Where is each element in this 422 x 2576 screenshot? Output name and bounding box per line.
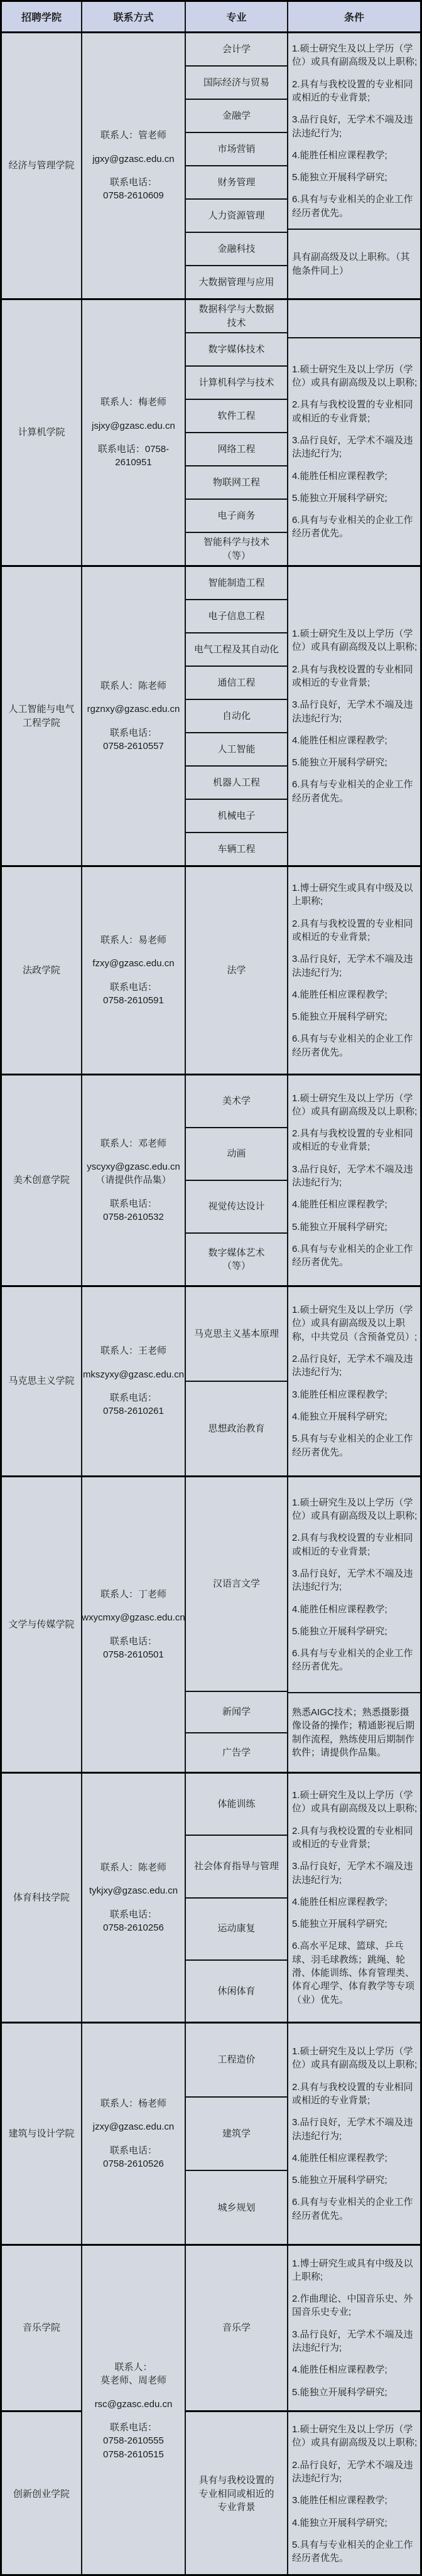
contact-paragraph: jzxy@gzasc.edu.cn [93,2120,174,2133]
text-line: 建筑学 [222,2127,251,2140]
condition-item: 1.硕士研究生及以上学历（学位）或具有副高级及以上职称; [292,2423,418,2450]
conditions-cell: 1.博士研究生或具有中级及以上职称;2.作曲理论、中国音乐史、外国音乐史专业;3… [288,2246,420,2412]
text-line: jgxy@gzasc.edu.cn [92,153,174,166]
major-cell: 马克思主义基本原理 [186,1287,287,1382]
text-line: jzxy@gzasc.edu.cn [93,2120,174,2133]
conditions-cell: 1.硕士研究生及以上学历（学位）或具有副高级及以上职称，中共党员（含预备党员）;… [288,1287,420,1475]
table-row-group: 建筑与设计学院联系人：杨老师jzxy@gzasc.edu.cn联系电话：0758… [2,2024,420,2246]
major-cell: 数据科学与大数据技术 [186,300,287,333]
contact-paragraph: 联系电话：0758-2610591 [103,981,164,1008]
college-column: 经济与管理学院 [2,33,82,298]
major-cell: 动画 [186,1128,287,1181]
text-line: 金融科技 [217,242,255,256]
table-row-group: 美术创意学院联系人：邓老师yscyxy@gzasc.edu.cn（请提供作品集）… [2,1075,420,1287]
text-line: 休闲体育 [217,1985,255,1998]
table-header-row: 招聘学院 联系方式 专业 条件 [2,2,420,33]
text-line: fzxy@gzasc.edu.cn [92,957,174,970]
text-line: 人力资源管理 [208,209,264,222]
text-line: 体能训练 [217,1797,255,1811]
text-line: 社会体育指导与管理 [194,1860,279,1873]
major-column: 体能训练社会体育指导与管理运动康复休闲体育 [186,1774,288,2022]
major-cell: 工程造价 [186,2024,287,2098]
text-line: 0758-2610609 [103,189,164,202]
table-row-group: 经济与管理学院联系人：管老师jgxy@gzasc.edu.cn联系电话：0758… [2,33,420,300]
major-cell: 金融学 [186,100,287,133]
major-column: 智能制造工程电子信息工程电气工程及其自动化通信工程自动化人工智能机器人工程机械电… [186,567,288,865]
contact-paragraph: 联系电话：0758-2610256 [103,1908,164,1935]
college-column: 法政学院 [2,867,82,1074]
contact-cell: 联系人：陈老师tykjxy@gzasc.edu.cn联系电话：0758-2610… [82,1774,185,2022]
college-cell: 音乐学院 [2,2246,81,2412]
college-cell: 人工智能与电气工程学院 [2,567,81,865]
contact-cell: 联系人：陈老师rgznxy@gzasc.edu.cn联系电话：0758-2610… [82,567,185,865]
condition-item: 5.能独立开展科学研究; [292,1917,418,1931]
conditions-column: 1.硕士研究生及以上学历（学位）或具有副高级及以上职称;2.具有与我校设置的专业… [288,1774,420,2022]
conditions-cell: 1.硕士研究生及以上学历（学位）或具有副高级及以上职称;2.具有与我校设置的专业… [288,1477,420,1693]
condition-item: 6.具有与专业相关的企业工作经历者优先。 [292,193,418,220]
condition-item: 1.硕士研究生及以上学历（学位）或具有副高级及以上职称; [292,1496,418,1523]
condition-item: 2.品行良好，无学术不端及违法违纪行为; [292,1352,418,1379]
text-line: 文学与传媒学院 [8,1618,74,1631]
condition-item: 6.具有与专业相关的企业工作经历者优先。 [292,778,418,805]
major-cell: 通信工程 [186,667,287,700]
conditions-cell: 熟悉AIGC技术；熟悉摄影摄像设备的操作；精通影视后期制作流程，熟练使用后期制作… [288,1693,420,1772]
text-line: mkszyxy@gzasc.edu.cn [83,1368,184,1381]
condition-item: 4.能胜任相应课程教学; [292,988,418,1001]
text-line: 联系电话： [103,1197,164,1210]
college-column: 计算机学院 [2,300,82,565]
text-line: （等） [222,1259,251,1273]
condition-item: 3.品行良好，无学术不端及违法违纪行为; [292,434,418,461]
college-column: 文学与传媒学院 [2,1477,82,1772]
contact-column: 联系人：丁老师wxycmxy@gzasc.edu.cn联系电话：0758-261… [82,1477,186,1772]
major-cell: 电气工程及其自动化 [186,633,287,667]
major-cell: 休闲体育 [186,1961,287,2022]
major-cell: 电子信息工程 [186,600,287,633]
conditions-cell: 1.硕士研究生及以上学历（学位）或具有副高级及以上职称;2.具有与我校设置的专业… [288,1774,420,2022]
contact-paragraph: 联系人：陈老师 [100,1861,166,1874]
condition-item: 5.能独立开展科学研究; [292,2174,418,2187]
conditions-cell: 1.硕士研究生及以上学历（学位）或具有副高级及以上职称;2.具有与我校设置的专业… [288,338,420,566]
condition-item: 3.品行良好，无学术不端及违法违纪行为; [292,113,418,140]
text-line: 机械电子 [217,809,255,822]
condition-item: 5.能独立开展科学研究; [292,756,418,769]
conditions-cell: 1.硕士研究生及以上学历（学位）或具有副高级及以上职称;2.具有与我校设置的专业… [288,33,420,230]
college-column: 建筑与设计学院 [2,2024,82,2244]
contact-paragraph: rgznxy@gzasc.edu.cn [87,703,180,716]
conditions-column: 1.博士研究生或具有中级及以上职称;2.具有与我校设置的专业相同或相近的专业背景… [288,867,420,1074]
major-cell: 金融科技 [186,233,287,266]
contact-column: 联系人：王老师mkszyxy@gzasc.edu.cn联系电话：0758-261… [82,1287,186,1475]
text-line: 2610951 [98,456,169,469]
major-column: 马克思主义基本原理思想政治教育 [186,1287,288,1475]
major-cell: 会计学 [186,33,287,67]
major-cell: 新闻学 [186,1692,287,1733]
contact-cell: 联系人：易老师fzxy@gzasc.edu.cn联系电话：0758-261059… [82,867,185,1074]
conditions-column: 1.博士研究生或具有中级及以上职称;2.作曲理论、中国音乐史、外国音乐史专业;3… [288,2246,420,2576]
text-line: 智能科学与技术 [203,536,269,549]
contact-column: 联系人：梅老师jsjxy@gzasc.edu.cn联系电话：0758-26109… [82,300,186,565]
contact-paragraph: wxycmxy@gzasc.edu.cn [82,1611,185,1624]
text-line: 国际经济与贸易 [203,76,269,89]
condition-item: 1.硕士研究生及以上学历（学位）或具有副高级及以上职称; [292,2045,418,2072]
table-body: 经济与管理学院联系人：管老师jgxy@gzasc.edu.cn联系电话：0758… [2,33,420,2576]
contact-paragraph: 联系电话：0758-2610532 [103,1197,164,1224]
condition-item: 3.品行良好，无学术不端及违法违纪行为; [292,1567,418,1594]
contact-cell: 联系人：邓老师yscyxy@gzasc.edu.cn（请提供作品集）联系电话：0… [82,1075,185,1285]
text-line: 联系人：丁老师 [100,1588,166,1601]
condition-item: 6.具有与专业相关的企业工作经历者优先。 [292,1242,418,1269]
condition-item: 2.具有与我校设置的专业相同或相近的专业背景; [292,1531,418,1558]
text-line: 自动化 [222,709,251,723]
major-column: 音乐学具有与我校设置的专业相同或相近的专业背景 [186,2246,288,2576]
contact-paragraph: 联系电话：0758-2610951 [98,443,169,470]
condition-item: 4.能胜任相应课程教学; [292,2152,418,2165]
contact-paragraph: mkszyxy@gzasc.edu.cn [83,1368,184,1381]
text-line: 物联网工程 [213,476,260,489]
text-line: 马克思主义基本原理 [194,1327,279,1340]
college-cell: 法政学院 [2,867,81,1074]
contact-cell: 联系人：管老师jgxy@gzasc.edu.cn联系电话：0758-261060… [82,33,185,298]
table-row-group: 法政学院联系人：易老师fzxy@gzasc.edu.cn联系电话：0758-26… [2,867,420,1075]
condition-item: 6.具有与专业相关的企业工作经历者优先。 [292,1032,418,1059]
college-cell: 体育科技学院 [2,1774,81,2022]
text-line: 会计学 [222,43,251,56]
text-line: 机器人工程 [213,776,260,789]
text-line: 数字媒体技术 [208,343,264,356]
text-line: 工程造价 [217,2053,255,2066]
major-column: 工程造价建筑学城乡规划 [186,2024,288,2244]
text-line: 联系人：王老师 [100,1344,166,1357]
contact-paragraph: tykjxy@gzasc.edu.cn [89,1884,178,1897]
text-line: 联系人： [100,2361,166,2374]
condition-item: 4.能独立开展科学研究; [292,1410,418,1423]
text-line: 联系人：梅老师 [100,396,166,409]
text-line: 汉语言文学 [213,1577,260,1590]
major-cell: 电子商务 [186,500,287,533]
text-line: 联系电话： [103,176,164,189]
text-line: 0758-2610256 [103,1921,164,1934]
contact-cell: 联系人：梅老师jsjxy@gzasc.edu.cn联系电话：0758-26109… [82,300,185,565]
major-cell: 运动康复 [186,1899,287,1961]
text-line: 财务管理 [217,176,255,189]
text-line: 电子信息工程 [208,610,264,623]
major-cell: 城乡规划 [186,2171,287,2244]
text-line: 0758-2610261 [103,1404,164,1418]
major-cell: 市场营销 [186,133,287,166]
condition-item: 6.高水平足球、篮球、乒乓球、羽毛球教练；跳绳、轮滑、体能训练、体育管理类、体育… [292,1939,418,2006]
major-cell: 汉语言文学 [186,1477,287,1692]
major-cell: 法学 [186,867,287,1074]
text-line: 联系电话： [103,1391,164,1404]
condition-item: 2.作曲理论、中国音乐史、外国音乐史专业; [292,2292,418,2319]
major-cell: 美术学 [186,1075,287,1128]
major-column: 汉语言文学新闻学广告学 [186,1477,288,1772]
text-line: 0758-2610501 [103,1648,164,1661]
text-line: 大数据管理与应用 [198,276,274,289]
text-line: 联系电话： [103,1635,164,1648]
condition-item: 3.能胜任相应课程教学; [292,1388,418,1401]
contact-column: 联系人：邓老师yscyxy@gzasc.edu.cn（请提供作品集）联系电话：0… [82,1075,186,1285]
text-line: 法学 [227,964,246,977]
conditions-cell: 1.硕士研究生及以上学历（学位）或具有副高级及以上职称;2.具有与我校设置的专业… [288,567,420,865]
contact-paragraph: jgxy@gzasc.edu.cn [92,153,174,166]
contact-paragraph: 联系人：莫老师、周老师 [100,2361,166,2388]
conditions-column: 1.硕士研究生及以上学历（学位）或具有副高级及以上职称;2.具有与我校设置的专业… [288,1075,420,1285]
text-line: 专业背景 [217,2501,255,2514]
text-line: 新闻学 [222,1705,251,1718]
condition-item: 1.硕士研究生及以上学历（学位）或具有副高级及以上职称; [292,1789,418,1816]
text-line: 联系电话： [103,2144,164,2157]
condition-item: 4.能胜任相应课程教学; [292,2363,418,2376]
text-line: 车辆工程 [217,843,255,856]
major-cell: 人工智能 [186,733,287,767]
table-row-group: 音乐学院创新创业学院联系人：莫老师、周老师rsc@gzasc.edu.cn联系电… [2,2246,420,2576]
major-cell: 机器人工程 [186,767,287,800]
text-line: 0758-2610515 [103,2448,164,2461]
table-row-group: 计算机学院联系人：梅老师jsjxy@gzasc.edu.cn联系电话：0758-… [2,300,420,567]
text-line: 音乐学 [222,2321,251,2334]
major-cell: 物联网工程 [186,466,287,500]
contact-paragraph: 联系电话：0758-2610609 [103,176,164,203]
condition-item: 1.硕士研究生及以上学历（学位）或具有副高级及以上职称; [292,627,418,654]
text-line: 金融学 [222,109,251,122]
college-column: 美术创意学院 [2,1075,82,1285]
major-cell: 人力资源管理 [186,200,287,233]
college-column: 音乐学院创新创业学院 [2,2246,82,2576]
text-line: （等） [222,549,251,563]
contact-cell: 联系人：王老师mkszyxy@gzasc.edu.cn联系电话：0758-261… [82,1287,185,1475]
condition-item: 4.能独立开展科学研究; [292,2516,418,2530]
condition-item: 3.品行良好，无学术不端及违法违纪行为; [292,952,418,979]
major-cell: 思想政治教育 [186,1382,287,1475]
college-column: 人工智能与电气工程学院 [2,567,82,865]
conditions-column: 1.硕士研究生及以上学历（学位）或具有副高级及以上职称;2.具有与我校设置的专业… [288,2024,420,2244]
contact-paragraph: yscyxy@gzasc.edu.cn（请提供作品集） [87,1160,180,1187]
header-cell-contact: 联系方式 [82,2,186,31]
major-column: 数据科学与大数据技术数字媒体技术计算机科学与技术软件工程网络工程物联网工程电子商… [186,300,288,565]
condition-item: 2.具有与我校设置的专业相同或相近的专业背景; [292,2081,418,2108]
table-row-group: 体育科技学院联系人：陈老师tykjxy@gzasc.edu.cn联系电话：075… [2,1774,420,2024]
condition-item: 1.硕士研究生及以上学历（学位）或具有副高级及以上职称; [292,363,418,390]
text-line: 联系电话：0758- [98,443,169,456]
text-line: 创新创业学院 [13,2487,70,2501]
conditions-column: 1.硕士研究生及以上学历（学位）或具有副高级及以上职称;2.具有与我校设置的专业… [288,300,420,565]
contact-paragraph: 联系人：梅老师 [100,396,166,409]
text-line: 体育科技学院 [13,1891,70,1904]
major-cell: 具有与我校设置的专业相同或相近的专业背景 [186,2412,287,2576]
text-line: 运动康复 [217,1922,255,1935]
condition-item: 1.硕士研究生及以上学历（学位）或具有副高级及以上职称; [292,1092,418,1119]
text-line: 具有与我校设置的 [198,2474,274,2487]
condition-item: 5.能独立开展科学研究; [292,492,418,505]
college-cell: 马克思主义学院 [2,1287,81,1475]
text-line: yscyxy@gzasc.edu.cn [87,1160,180,1173]
major-cell: 社会体育指导与管理 [186,1836,287,1898]
conditions-cell: 1.硕士研究生及以上学历（学位）或具有副高级及以上职称;2.具有与我校设置的专业… [288,2024,420,2244]
text-line: 建筑与设计学院 [8,2127,74,2140]
text-line: 城乡规划 [217,2201,255,2214]
condition-item: 2.具有与我校设置的专业相同或相近的专业背景; [292,1824,418,1851]
text-line: 美术创意学院 [13,1173,70,1187]
contact-column: 联系人：管老师jgxy@gzasc.edu.cn联系电话：0758-261060… [82,33,186,298]
contact-paragraph: 联系人：杨老师 [100,2097,166,2110]
text-line: 网络工程 [217,443,255,456]
contact-paragraph: 联系电话：0758-26105550758-2610515 [103,2421,164,2461]
text-line: 思想政治教育 [208,1422,264,1435]
college-cell: 建筑与设计学院 [2,2024,81,2244]
conditions-cell: 1.硕士研究生及以上学历（学位）或具有副高级及以上职称;2.品行良好，无学术不端… [288,2412,420,2576]
contact-column: 联系人：陈老师rgznxy@gzasc.edu.cn联系电话：0758-2610… [82,567,186,865]
condition-item: 2.具有与我校设置的专业相同或相近的专业背景; [292,663,418,690]
conditions-column: 1.硕士研究生及以上学历（学位）或具有副高级及以上职称;2.具有与我校设置的专业… [288,1477,420,1772]
contact-paragraph: 联系人：易老师 [100,934,166,947]
text-line: 数字媒体艺术 [208,1246,264,1259]
text-line: 电气工程及其自动化 [194,643,279,656]
major-cell: 数字媒体技术 [186,333,287,367]
condition-item: 3.品行良好，无学术不端及违法违纪行为; [292,1860,418,1887]
contact-cell: 联系人：杨老师jzxy@gzasc.edu.cn联系电话：0758-261052… [82,2024,185,2244]
condition-item: 5.具有与专业相关的企业工作经历者优先。 [292,2538,418,2565]
major-cell: 财务管理 [186,166,287,200]
condition-item: 2.具有与我校设置的专业相同或相近的专业背景; [292,1127,418,1154]
contact-paragraph: fzxy@gzasc.edu.cn [92,957,174,970]
contact-paragraph: 联系电话：0758-2610526 [103,2144,164,2171]
text-line: （请提供作品集） [87,1173,180,1187]
condition-item: 4.能胜任相应课程教学; [292,1198,418,1211]
condition-item: 2.品行良好，无学术不端及违法违纪行为; [292,2459,418,2486]
text-line: jsjxy@gzasc.edu.cn [92,419,175,433]
contact-cell: 联系人：丁老师wxycmxy@gzasc.edu.cn联系电话：0758-261… [82,1477,185,1772]
table-row-group: 文学与传媒学院联系人：丁老师wxycmxy@gzasc.edu.cn联系电话：0… [2,1477,420,1774]
conditions-cell: 1.博士研究生或具有中级及以上职称;2.具有与我校设置的专业相同或相近的专业背景… [288,867,420,1074]
text-line: 经济与管理学院 [8,159,74,172]
text-line: 马克思主义学院 [8,1374,74,1388]
major-cell: 视觉传达设计 [186,1181,287,1234]
text-line: 电子商务 [217,509,255,522]
conditions-column: 1.硕士研究生及以上学历（学位）或具有副高级及以上职称，中共党员（含预备党员）;… [288,1287,420,1475]
condition-item: 5.能独立开展科学研究; [292,1625,418,1638]
contact-paragraph: 联系人：陈老师 [100,679,166,693]
text-line: 莫老师、周老师 [100,2374,166,2387]
text-line: 人工智能 [217,743,255,756]
table-row-group: 人工智能与电气工程学院联系人：陈老师rgznxy@gzasc.edu.cn联系电… [2,567,420,867]
text-line: 软件工程 [217,409,255,423]
college-cell: 创新创业学院 [2,2412,81,2576]
major-column: 美术学动画视觉传达设计数字媒体艺术（等） [186,1075,288,1285]
conditions-cell [288,300,420,338]
condition-item: 1.硕士研究生及以上学历（学位）或具有副高级及以上职称; [292,42,418,69]
table-row-group: 马克思主义学院联系人：王老师mkszyxy@gzasc.edu.cn联系电话：0… [2,1287,420,1477]
condition-item: 4.能胜任相应课程教学; [292,1895,418,1909]
contact-paragraph: jsjxy@gzasc.edu.cn [92,419,175,433]
major-cell: 网络工程 [186,433,287,466]
text-line: 联系电话： [103,981,164,994]
condition-item: 5.能独立开展科学研究; [292,1010,418,1023]
condition-item: 2.具有与我校设置的专业相同或相近的专业背景; [292,917,418,944]
condition-item: 具有副高级及以上职称。（其他条件同上） [292,251,418,278]
text-line: 联系电话： [103,1908,164,1921]
condition-item: 3.品行良好，无学术不端及违法违纪行为; [292,2116,418,2143]
text-line: 音乐学院 [23,2321,60,2334]
text-line: 联系电话： [103,726,164,740]
text-line: 0758-2610557 [103,740,164,753]
header-cell-conditions: 条件 [288,2,420,31]
contact-paragraph: rsc@gzasc.edu.cn [95,2398,173,2411]
college-column: 体育科技学院 [2,1774,82,2022]
college-cell: 经济与管理学院 [2,33,81,298]
major-cell: 软件工程 [186,400,287,433]
text-line: 联系电话： [103,2421,164,2434]
major-cell: 国际经济与贸易 [186,67,287,100]
text-line: 0758-2610591 [103,994,164,1007]
condition-item: 4.能胜任相应课程教学; [292,470,418,483]
text-line: 市场营销 [217,143,255,156]
condition-item: 6.具有与专业相关的企业工作经历者优先。 [292,1647,418,1674]
major-cell: 自动化 [186,700,287,733]
header-cell-college: 招聘学院 [2,2,82,31]
contact-column: 联系人：陈老师tykjxy@gzasc.edu.cn联系电话：0758-2610… [82,1774,186,2022]
condition-item: 5.能独立开展科学研究; [292,2386,418,2399]
condition-item: 1.硕士研究生及以上学历（学位）或具有副高级及以上职称，中共党员（含预备党员）; [292,1303,418,1344]
conditions-column: 1.硕士研究生及以上学历（学位）或具有副高级及以上职称;2.具有与我校设置的专业… [288,33,420,298]
text-line: 人工智能与电气 [8,703,74,716]
contact-paragraph: 联系电话：0758-2610261 [103,1391,164,1418]
major-cell: 智能制造工程 [186,567,287,600]
text-line: 联系人：陈老师 [100,1861,166,1874]
condition-item: 6.具有与专业相关的企业工作经历者优先。 [292,514,418,541]
major-cell: 音乐学 [186,2246,287,2412]
contact-paragraph: 联系人：丁老师 [100,1588,166,1601]
text-line: 智能制造工程 [208,576,264,590]
conditions-cell: 1.硕士研究生及以上学历（学位）或具有副高级及以上职称;2.具有与我校设置的专业… [288,1075,420,1285]
conditions-column: 1.硕士研究生及以上学历（学位）或具有副高级及以上职称;2.具有与我校设置的专业… [288,567,420,865]
contact-paragraph: 联系电话：0758-2610557 [103,726,164,753]
text-line: 动画 [227,1147,246,1160]
condition-item: 1.博士研究生或具有中级及以上职称; [292,881,418,908]
condition-item: 5.能独立开展科学研究; [292,171,418,184]
text-line: 工程学院 [23,716,60,730]
text-line: 视觉传达设计 [208,1200,264,1213]
text-line: 数据科学与大数据 [198,303,274,316]
condition-item: 熟悉AIGC技术；熟悉摄影摄像设备的操作；精通影视后期制作流程，熟练使用后期制作… [292,1706,418,1759]
contact-column: 联系人：易老师fzxy@gzasc.edu.cn联系电话：0758-261059… [82,867,186,1074]
text-line: 0758-2610526 [103,2157,164,2170]
college-cell: 计算机学院 [2,300,81,565]
text-line: 技术 [227,316,246,330]
major-cell: 数字媒体艺术（等） [186,1234,287,1285]
text-line: 联系人：陈老师 [100,679,166,693]
contact-column: 联系人：莫老师、周老师rsc@gzasc.edu.cn联系电话：0758-261… [82,2246,186,2576]
text-line: 0758-2610532 [103,1210,164,1224]
text-line: wxycmxy@gzasc.edu.cn [82,1611,185,1624]
college-cell: 美术创意学院 [2,1075,81,1285]
major-cell: 建筑学 [186,2098,287,2172]
contact-paragraph: 联系人：管老师 [100,129,166,142]
contact-paragraph: 联系电话：0758-2610501 [103,1635,164,1662]
condition-item: 5.能独立开展科学研究; [292,1221,418,1234]
text-line: 美术学 [222,1094,251,1107]
college-column: 马克思主义学院 [2,1287,82,1475]
header-cell-major: 专业 [186,2,288,31]
text-line: 专业相同或相近的 [198,2487,274,2501]
text-line: 计算机学院 [18,426,65,439]
contact-paragraph: 联系人：邓老师 [100,1137,166,1150]
condition-item: 1.博士研究生或具有中级及以上职称; [292,2257,418,2284]
condition-item: 4.能胜任相应课程教学; [292,734,418,747]
major-cell: 智能科学与技术（等） [186,533,287,565]
text-line: 联系人：杨老师 [100,2097,166,2110]
